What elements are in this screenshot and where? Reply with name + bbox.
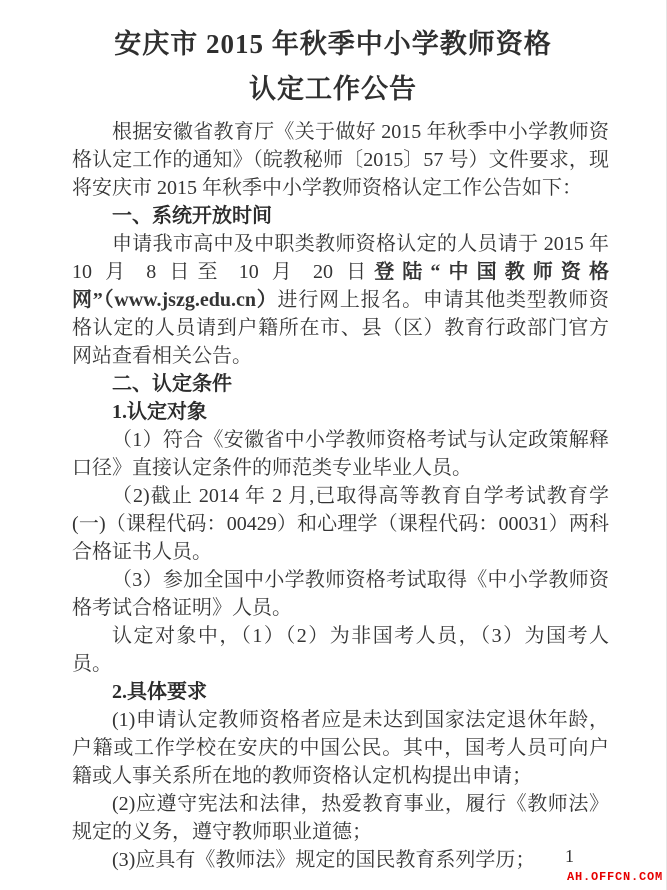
recognition-target-note: 认定对象中，（1）（2）为非国考人员，（3）为国考人员。	[72, 622, 609, 678]
recognition-target-item-1: （1）符合《安徽省中小学教师资格考试与认定政策解释口径》直接认定条件的师范类专业…	[72, 426, 609, 482]
offcn-watermark: AH.OFFCN.COM	[567, 870, 663, 884]
subsection-2-heading: 2.具体要求	[72, 678, 609, 706]
section-1-heading: 一、系统开放时间	[72, 202, 609, 230]
recognition-target-item-3: （3）参加全国中小学教师资格考试取得《中小学教师资格考试合格证明》人员。	[72, 566, 609, 622]
document-body: 根据安徽省教育厅《关于做好 2015 年秋季中小学教师资格认定工作的通知》（皖教…	[72, 118, 609, 874]
title-line-2: 认定工作公告	[0, 67, 666, 112]
intro-paragraph: 根据安徽省教育厅《关于做好 2015 年秋季中小学教师资格认定工作的通知》（皖教…	[72, 118, 609, 202]
requirement-item-1: (1)申请认定教师资格者应是未达到国家法定退休年龄，户籍或工作学校在安庆的中国公…	[72, 706, 609, 790]
title-line-1: 安庆市 2015 年秋季中小学教师资格	[0, 22, 666, 67]
recognition-target-item-2: （2)截止 2014 年 2 月,已取得高等教育自学考试教育学(一)（课程代码：…	[72, 482, 609, 566]
page-title: 安庆市 2015 年秋季中小学教师资格 认定工作公告	[0, 0, 666, 112]
requirement-item-3: (3)应具有《教师法》规定的国民教育系列学历；	[72, 846, 609, 874]
requirement-item-2: (2)应遵守宪法和法律，热爱教育事业，履行《教师法》规定的义务，遵守教师职业道德…	[72, 790, 609, 846]
document-page: 安庆市 2015 年秋季中小学教师资格 认定工作公告 根据安徽省教育厅《关于做好…	[0, 0, 667, 890]
section-2-heading: 二、认定条件	[72, 370, 609, 398]
page-number: 1	[565, 845, 574, 867]
section-1-paragraph: 申请我市高中及中职类教师资格认定的人员请于 2015 年 10 月 8 日至 1…	[72, 230, 609, 370]
subsection-1-heading: 1.认定对象	[72, 398, 609, 426]
